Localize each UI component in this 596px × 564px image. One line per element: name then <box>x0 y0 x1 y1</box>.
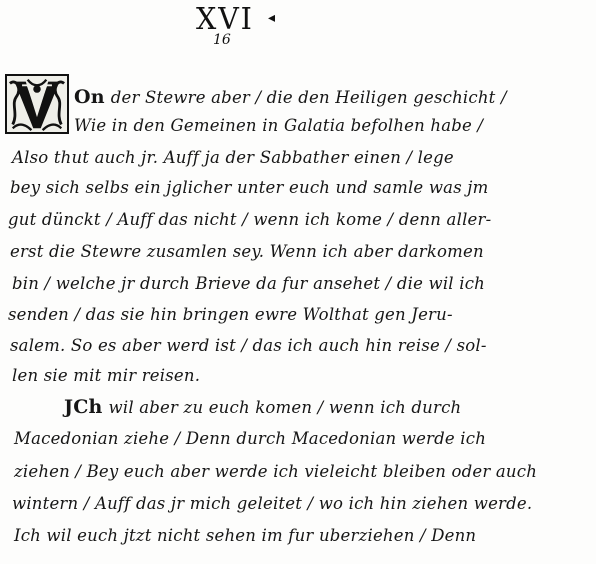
chapter-mark-icon: ◂ <box>268 10 275 26</box>
chapter-number: 16 <box>213 32 231 48</box>
text-line: bin / welche jr durch Brieve da fur anse… <box>12 274 485 293</box>
text-line: Ich wil euch jtzt nicht sehen im fur ube… <box>14 526 476 545</box>
manuscript-page: XVI ◂ 16 Onder Stewre aber / die den Hei… <box>0 0 596 564</box>
text-line: erst die Stewre zusamlen sey. Wenn ich a… <box>10 242 484 261</box>
text-line: ziehen / Bey euch aber werde ich vieleic… <box>14 462 537 481</box>
text-line: Wie in den Gemeinen in Galatia befolhen … <box>74 116 483 135</box>
text-line: Onder Stewre aber / die den Heiligen ges… <box>74 86 507 108</box>
text-line: salem. So es aber werd ist / das ich auc… <box>10 336 487 355</box>
text-line: Also thut auch jr. Auff ja der Sabbather… <box>12 148 454 167</box>
text-line: bey sich selbs ein jglicher unter euch u… <box>10 178 488 197</box>
ornate-initial-v-icon <box>5 74 69 134</box>
blackletter-lead: JCh <box>64 396 103 418</box>
blackletter-lead: On <box>74 86 105 108</box>
text-line: Macedonian ziehe / Denn durch Macedonian… <box>14 429 486 448</box>
text-line: JChwil aber zu euch komen / wenn ich dur… <box>64 396 461 418</box>
text-line: wintern / Auff das jr mich geleitet / wo… <box>12 494 532 513</box>
text-line: senden / das sie hin bringen ewre Woltha… <box>8 305 453 324</box>
text-line: len sie mit mir reisen. <box>12 366 200 385</box>
text-line: gut dünckt / Auff das nicht / wenn ich k… <box>8 210 491 229</box>
